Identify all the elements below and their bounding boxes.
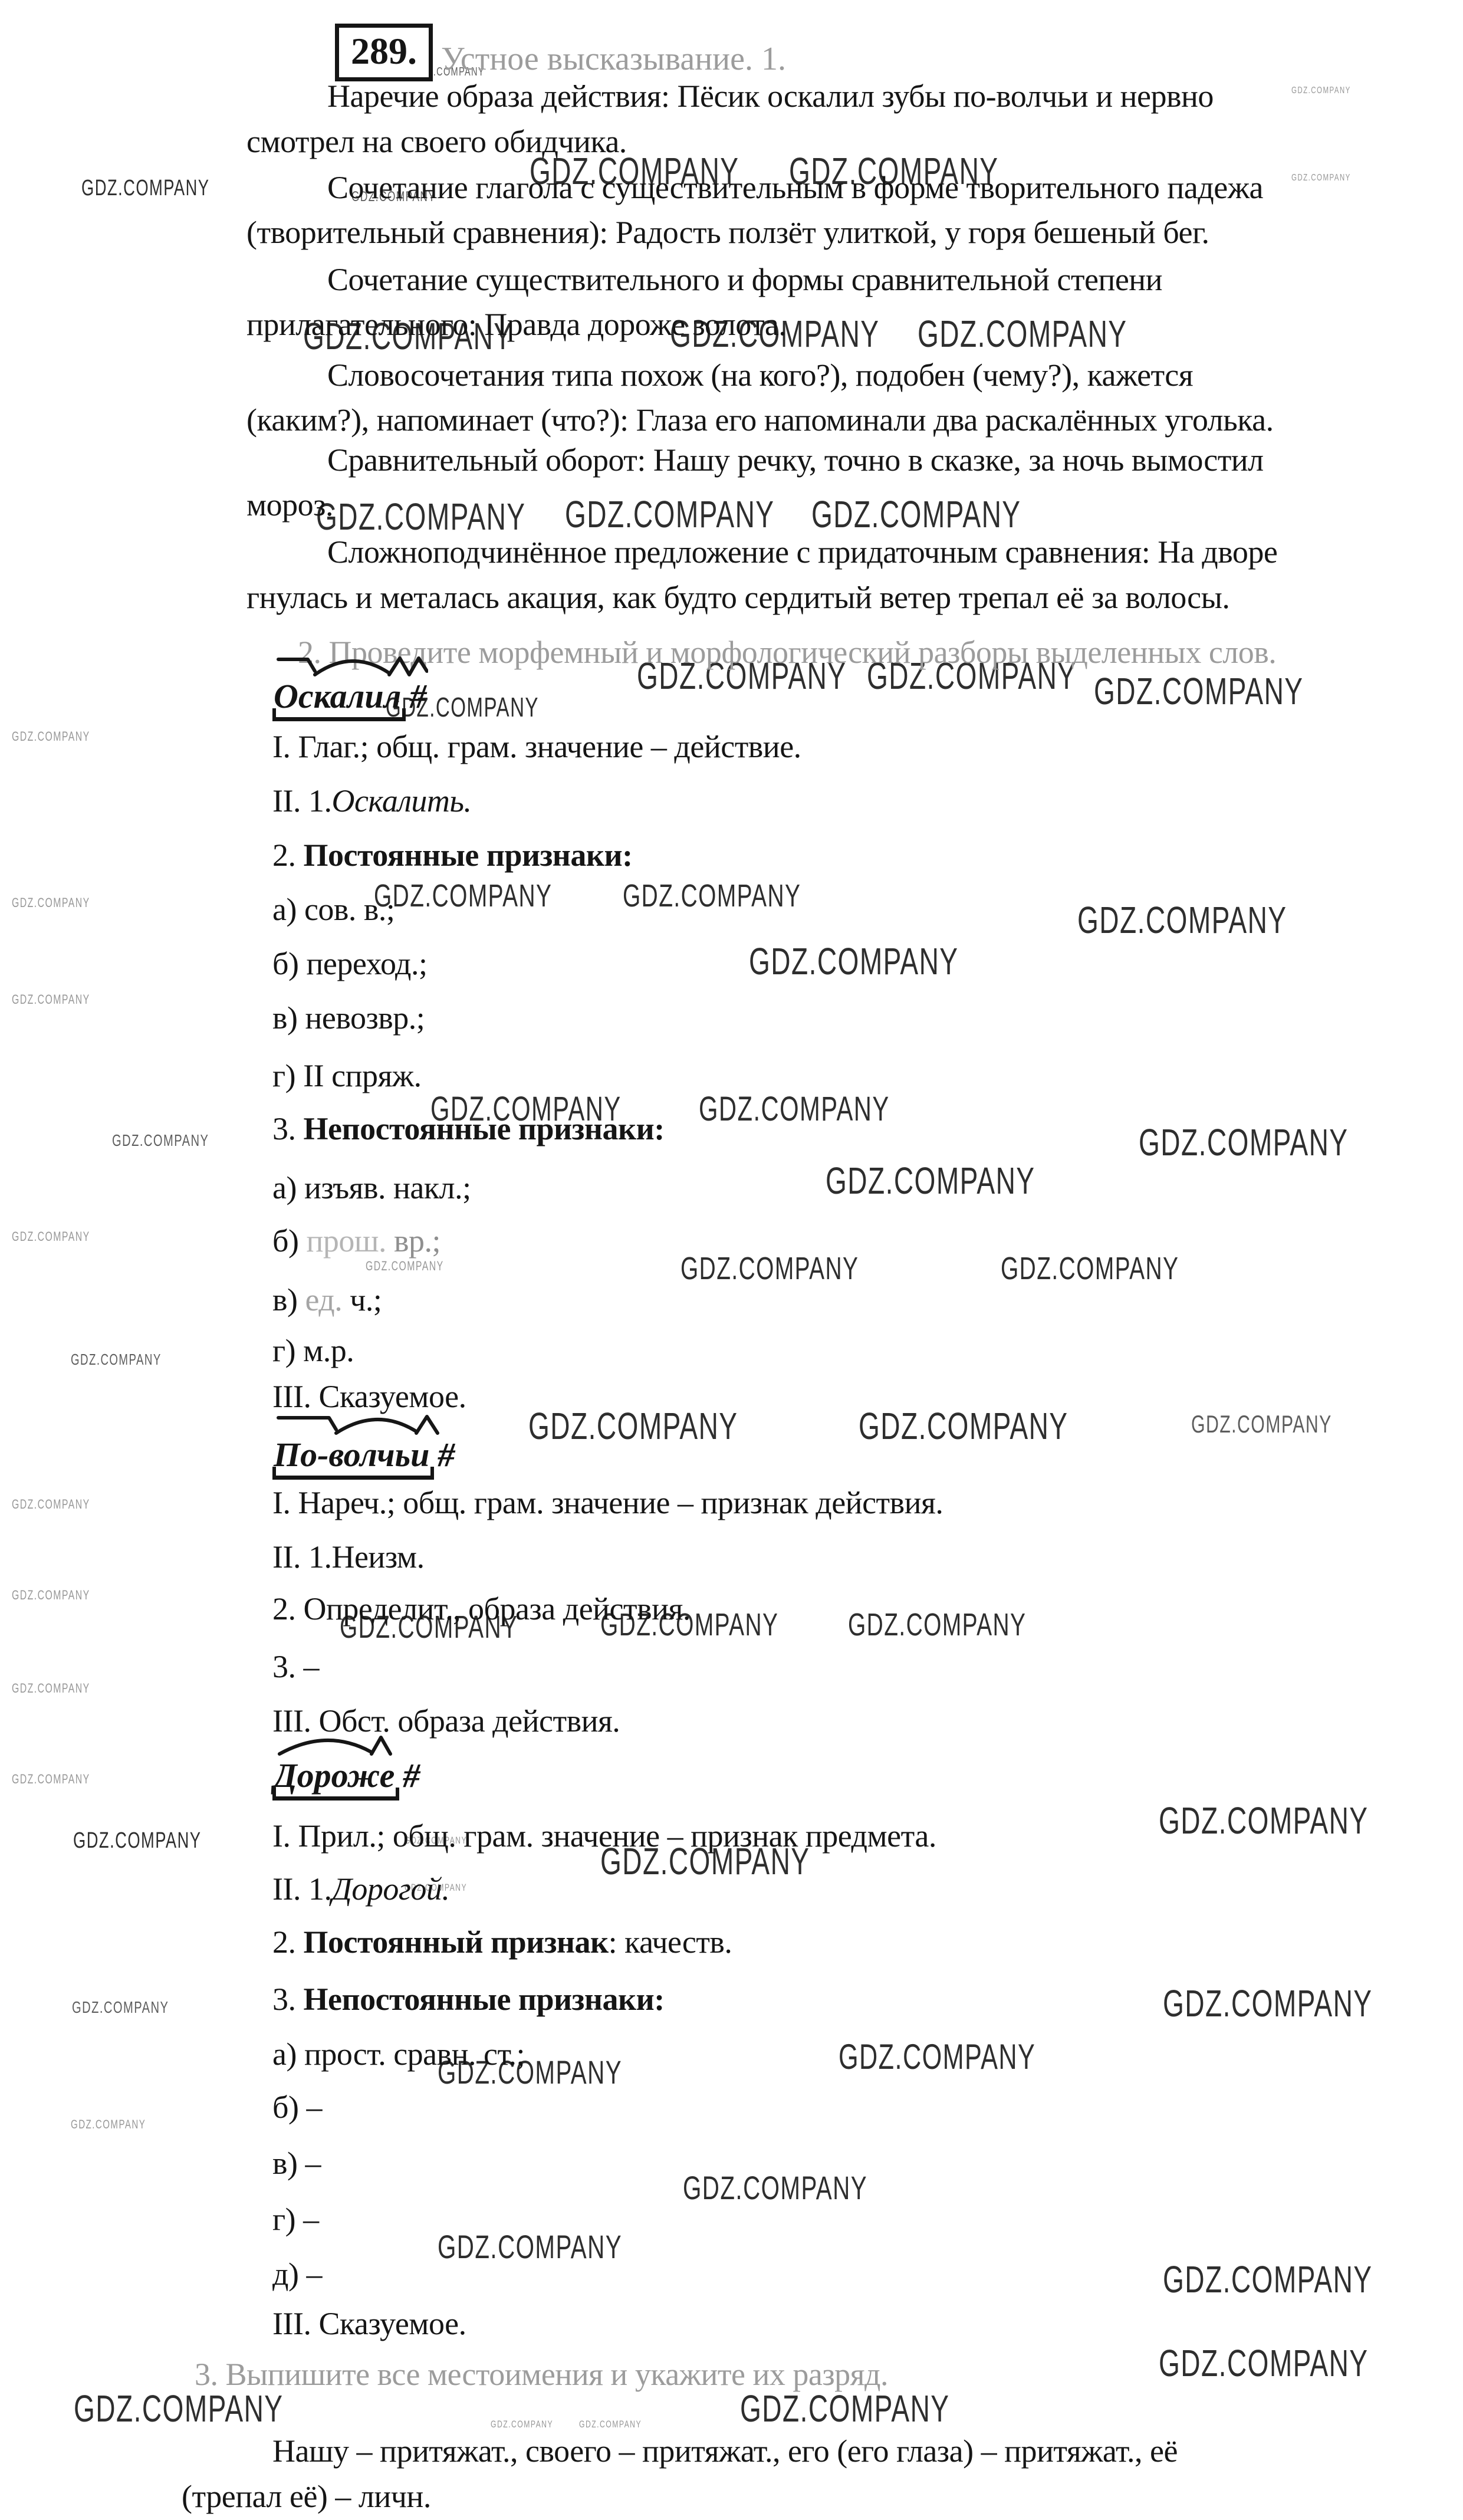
answer-3-line-1: Нашу – притяжат., своего – притяжат., ег… [272,2434,1178,2468]
watermark: GDZ.COMPANY [859,1407,1068,1445]
watermark: GDZ.COMPANY [12,896,90,909]
list-prefix: 2. [272,837,304,873]
watermark: GDZ.COMPANY [623,880,801,912]
doroje-line-ii: II. 1.Дорогой. [272,1872,449,1906]
parsed-word-oskalil: Оскалил# [272,651,428,721]
watermark: GDZ.COMPANY [316,498,525,535]
paragraph-1-line-2: смотрел на своего обидчика. [246,125,627,159]
watermark: GDZ.COMPANY [1077,901,1287,939]
exercise-number: 289. [351,30,417,72]
paragraph-4-line-2: (каким?), напоминает (что?): Глаза его н… [246,403,1274,437]
faded-text: прош. [306,1223,386,1259]
watermark: GDZ.COMPANY [826,1162,1035,1200]
list-prefix: 2. [272,1924,304,1960]
paragraph-3-line-2: прилагательного: Правда дороже золота. [246,308,786,341]
answer-3-line-2: (трепал её) – личн. [182,2480,431,2514]
watermark: GDZ.COMPANY [848,1609,1026,1641]
watermark: GDZ.COMPANY [12,1589,90,1602]
watermark: GDZ.COMPANY [12,1498,90,1511]
watermark: GDZ.COMPANY [1163,2261,1372,2298]
initial-form: Дорогой. [331,1871,449,1907]
oskalil-item-b: б) переход.; [272,947,427,981]
word-stem: По-волчьи [272,1437,434,1480]
watermark: GDZ.COMPANY [565,495,774,533]
watermark: GDZ.COMPANY [112,1132,209,1149]
oskalil-item-a: а) сов. в.; [272,893,394,926]
morpheme-marks-icon [275,1410,446,1437]
watermark: GDZ.COMPANY [73,1829,202,1852]
oskalil-line-iii: III. Сказуемое. [272,1380,466,1414]
variable-features-label: Непостоянные признаки: [304,1111,665,1146]
watermark: GDZ.COMPANY [74,2390,283,2427]
faded-text: вр.; [386,1223,440,1259]
list-prefix: в) [272,1282,305,1318]
oskalil-line-2: 2. Постоянные признаки: [272,839,633,872]
oskalil-line-3: 3. Непостоянные признаки: [272,1112,665,1146]
watermark: GDZ.COMPANY [81,177,210,199]
word-with-zero-ending: Дороже# [272,1757,420,1801]
watermark: GDZ.COMPANY [12,730,90,743]
paragraph-1-line-1: Наречие образа действия: Пёсик оскалил з… [327,80,1214,113]
oskalil-item-g2: г) м.р. [272,1334,354,1368]
list-prefix: 3. [272,1111,304,1146]
watermark: GDZ.COMPANY [1139,1123,1348,1161]
watermark: GDZ.COMPANY [839,2039,1035,2075]
list-prefix: б) [272,1223,306,1259]
watermark: GDZ.COMPANY [680,1253,859,1284]
watermark: GDZ.COMPANY [438,2230,622,2263]
watermark: GDZ.COMPANY [12,1682,90,1695]
watermark: GDZ.COMPANY [1159,1802,1368,1839]
watermark: GDZ.COMPANY [699,1092,890,1126]
morpheme-marks-icon [275,651,428,678]
doroje-item-b: б) – [272,2091,322,2124]
doroje-line-3: 3. Непостоянные признаки: [272,1983,665,2016]
paragraph-3-line-1: Сочетание существительного и формы сравн… [327,263,1162,297]
watermark: GDZ.COMPANY [366,1260,444,1273]
task-3-heading: 3. Выпишите все местоимения и укажите их… [195,2358,888,2391]
doroje-item-d: д) – [272,2258,322,2291]
oskalil-item-b2: б) прош. вр.; [272,1224,440,1258]
oskalil-line-ii: II. 1.Оскалить. [272,784,471,818]
list-text: ч.; [342,1282,382,1318]
doroje-line-2: 2. Постоянный признак: качеств. [272,1926,732,1959]
doroje-line-iii: III. Сказуемое. [272,2307,466,2341]
watermark: GDZ.COMPANY [71,1352,162,1367]
oskalil-item-g: г) II спряж. [272,1059,422,1093]
oskalil-item-a2: а) изъяв. накл.; [272,1171,471,1205]
paragraph-4-line-1: Словосочетания типа похож (на кого?), по… [327,359,1193,392]
doroje-item-a: а) прост. сравн. ст.; [272,2038,525,2071]
watermark: GDZ.COMPANY [374,880,552,912]
watermark: GDZ.COMPANY [1291,86,1351,96]
oskalil-line-i: I. Глаг.; общ. грам. значение – действие… [272,730,801,764]
watermark: GDZ.COMPANY [528,1407,738,1445]
watermark: GDZ.COMPANY [1191,1412,1332,1437]
watermark: GDZ.COMPANY [12,993,90,1006]
zero-ending-symbol: # [403,1756,420,1795]
zero-ending-symbol: # [409,677,426,715]
watermark: GDZ.COMPANY [1163,1985,1372,2022]
doroje-item-g: г) – [272,2203,319,2236]
constant-feature-label: Постоянный признак [304,1924,609,1960]
watermark: GDZ.COMPANY [811,495,1021,533]
parsed-word-povolchi: По-волчьи# [272,1410,455,1480]
doroje-line-i: I. Прил.; общ. грам. значение – признак … [272,1819,936,1853]
doroje-item-v: в) – [272,2147,321,2180]
paragraph-5-line-1: Сравнительный оборот: Нашу речку, точно … [327,443,1264,477]
paragraph-6-line-1: Сложноподчинённое предложение с придаточ… [327,535,1277,569]
watermark: GDZ.COMPANY [1001,1253,1179,1284]
povolchi-line-3: 3. – [272,1650,319,1684]
watermark: GDZ.COMPANY [1159,2344,1368,2382]
watermark: GDZ.COMPANY [749,942,958,980]
initial-form: Оскалить. [331,783,471,819]
watermark: GDZ.COMPANY [12,1773,90,1786]
list-prefix: II. 1. [272,1871,331,1907]
word-stem: Оскалил [272,678,406,721]
list-prefix: 3. [272,1982,304,2017]
paragraph-5-line-2: мороз. [246,488,333,522]
task-2-heading: 2. Проведите морфемный и морфологический… [298,636,1276,669]
list-text: : качеств. [609,1924,732,1960]
parsed-word-doroje: Дороже# [272,1732,420,1801]
variable-features-label: Непостоянные признаки: [304,1982,665,2017]
faded-text: ед. [305,1282,342,1318]
povolchi-line-ii: II. 1.Неизм. [272,1540,425,1574]
watermark: GDZ.COMPANY [491,2419,553,2429]
list-prefix: II. 1. [272,783,331,819]
watermark: GDZ.COMPANY [12,1230,90,1243]
exercise-title: Устное высказывание. 1. [441,40,786,78]
word-with-zero-ending: Оскалил# [272,678,428,721]
watermark: GDZ.COMPANY [1291,173,1351,183]
word-stem: Дороже [272,1757,399,1801]
oskalil-item-v2: в) ед. ч.; [272,1283,382,1317]
watermark: GDZ.COMPANY [72,1999,169,2016]
oskalil-item-v: в) невозвр.; [272,1001,425,1035]
watermark: GDZ.COMPANY [579,2419,642,2429]
morpheme-marks-icon [275,1732,393,1757]
paragraph-2-line-2: (творительный сравнения): Радость ползёт… [246,216,1209,249]
exercise-number-box: 289. [335,24,433,81]
paragraph-6-line-2: гнулась и металась акация, как будто сер… [246,581,1229,615]
povolchi-line-2: 2. Определит., образа действия. [272,1592,691,1626]
povolchi-line-i: I. Нареч.; общ. грам. значение – признак… [272,1486,943,1520]
watermark: GDZ.COMPANY [740,2390,949,2427]
watermark: GDZ.COMPANY [683,2171,867,2204]
gdz-answer-page: GDZ.COMPANYGDZ.COMPANYGDZ.COMPANYGDZ.COM… [0,0,1463,2520]
zero-ending-symbol: # [438,1435,455,1474]
paragraph-2-line-1: Сочетание глагола с существительным в фо… [327,171,1263,205]
constant-features-label: Постоянные признаки: [304,837,633,873]
watermark: GDZ.COMPANY [1094,672,1303,710]
watermark: GDZ.COMPANY [71,2118,146,2131]
watermark: GDZ.COMPANY [918,315,1127,353]
word-with-zero-ending: По-волчьи# [272,1437,455,1480]
